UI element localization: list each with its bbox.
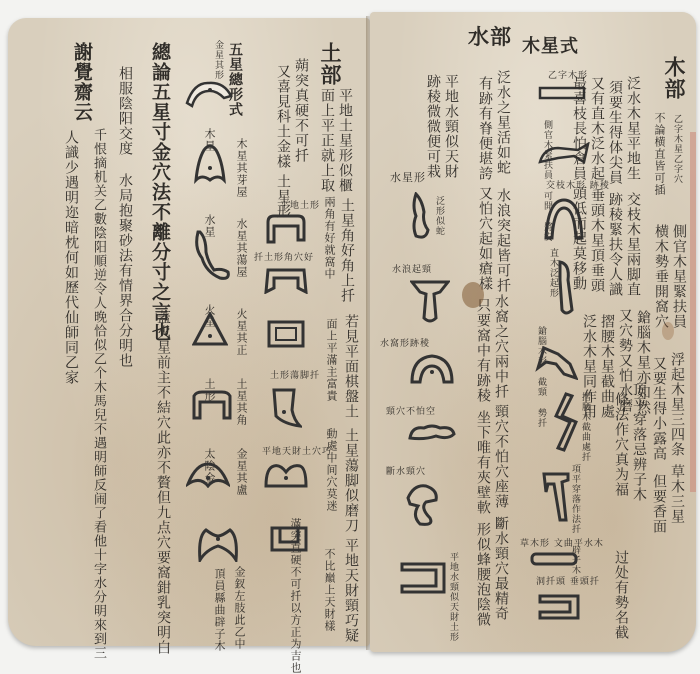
section-title-tu: 土部 <box>320 42 341 86</box>
heaven-wealth-earth-figure <box>264 462 308 488</box>
flat-board-earth-figure <box>266 318 306 348</box>
text-column: 須要生得体尖員 <box>608 80 622 185</box>
text-column: 泛水之星活如蛇 <box>496 70 510 175</box>
burn-hole <box>462 282 484 308</box>
water-star-shape-figure <box>410 192 432 240</box>
text-column: 平地天財頸巧疑 <box>344 538 358 643</box>
main-heading: 總論五星寸金穴法不離分寸之言也 <box>150 42 169 342</box>
text-column: 面上平滿主富貴 <box>326 318 337 402</box>
text-column: 草木三星 <box>670 464 684 524</box>
text-column: 又怕穴起如瘡樣 <box>478 186 492 291</box>
figure-label: 扦土形角穴好 <box>254 254 314 263</box>
figure-note: 金星其盧 <box>236 448 247 496</box>
figure-note: 水星其蕩屋 <box>236 218 247 278</box>
text-column: 交枝木星兩脚直 <box>626 192 640 297</box>
text-column: 泛水木星平地生 <box>626 76 640 181</box>
text-column: 兩角有好就窩中 <box>324 196 335 280</box>
water-wave-figure <box>410 278 450 324</box>
figure-note: 火星其正 <box>236 308 247 356</box>
text-column: 土星角好角上扦 <box>340 198 354 303</box>
text-column: 又要生得小露高 <box>652 356 666 461</box>
figure-caption: 金星其形 <box>213 40 222 80</box>
text-column: 水窩之穴兩中扦 <box>494 294 508 399</box>
metal-star-figure <box>184 78 234 108</box>
figure-label: 平地水頸似天財土形 <box>448 552 457 642</box>
text-column: 若見平面棋盤土 <box>344 314 358 419</box>
flat-top-wood-figure <box>542 472 572 522</box>
figure-label: 土形蕩脚扦 <box>270 372 320 381</box>
wood-star-title: 木星式 <box>522 38 579 56</box>
paper-damage <box>662 322 674 340</box>
text-column: 泛水木星同作用 <box>582 314 596 419</box>
figure-label: 洞扦頭 垂頭扦 <box>536 578 600 587</box>
text-column: 頸穴不怕穴座薄 <box>494 404 508 509</box>
main-text-column: 千恨摘机关乙數陰阳順逆令人晚恰似乙个木馬兒不遇明師反闹了看他十字水分明來到三 <box>92 128 105 660</box>
text-column: 蒴突真硬不可扦 <box>294 58 308 163</box>
spear-head-wood-figure <box>534 346 578 380</box>
text-column: 側官木星緊扶員 <box>672 224 686 329</box>
author-attribution: 謝覺齋云 <box>72 42 91 122</box>
square-earth-figure <box>270 526 308 552</box>
cave-dig-wood-figure <box>538 592 582 622</box>
text-column: 最喜枝長怕倉員 <box>572 76 586 181</box>
text-column: 不論横直皆可插 <box>654 112 665 196</box>
figure-label: 土星形 <box>276 174 290 219</box>
text-column: 頭低而起莫移動 <box>572 186 586 291</box>
water-nest-figure <box>410 352 454 384</box>
figure-label: 泛形似蛇 <box>434 196 443 236</box>
figure-note: 金釵左肢此乙中 <box>234 566 245 650</box>
flat-water-neck-figure <box>400 560 448 596</box>
figure-note: 木星其芽屋 <box>236 138 247 198</box>
corner-earth-figure <box>264 266 308 294</box>
text-column: 垂頭木星頂垂頭 <box>590 188 604 293</box>
swaying-foot-earth-figure <box>270 388 302 428</box>
main-text-column: 相服陰阳交度 水局抱聚砂法有情界合分明也 <box>118 66 132 368</box>
figure-note: 頂員縣曲辟子木 <box>214 568 225 652</box>
main-text-column: 人識少遇明迩暗枕何如歷代仙師同乙家 <box>64 130 78 385</box>
text-column: 動處中间穴莫迷 <box>326 428 337 512</box>
figure-label: 平地天財土穴巧 <box>262 448 332 457</box>
text-column: 不比巔上天財樣 <box>324 548 335 632</box>
fire-star-figure <box>192 312 228 346</box>
folded-waist-wood-figure <box>550 392 578 452</box>
right-page: 水部 平地水頸似天財 跡稜微微便可栽 泛水之星活如蛇 有跡有脊便堪誇 水浪突起皆… <box>370 12 696 652</box>
text-column: 又喜見科土金樣 <box>276 64 290 169</box>
figure-label: 頸穴不怕空 <box>386 408 436 417</box>
figure-label: 斷水頸穴 <box>386 468 426 477</box>
text-column: 又有直木泛水起 <box>590 76 604 181</box>
metal-hairpin-figure <box>196 526 240 562</box>
broken-water-neck-figure <box>404 482 440 528</box>
text-column: 横木勢垂開窩穴 <box>654 224 668 329</box>
text-column: 浮起木星三四条 <box>670 352 684 457</box>
text-column: 條法作穴真为福 <box>614 392 628 497</box>
text-column: 过处有勢名截 <box>614 550 628 640</box>
text-column: 跡稜微微便可栽 <box>426 74 440 179</box>
text-column: 坐下唯有夾壁軟 <box>476 410 490 515</box>
text-column: 面上平正就上取 <box>320 88 334 193</box>
text-column: 頂平穿落忌辨子木 <box>632 382 646 502</box>
page-edge-stain <box>690 132 696 492</box>
figure-label: 水浪起頸 <box>392 266 432 275</box>
wood-star-figure <box>192 142 228 184</box>
text-column: 摺腰木星截曲處 <box>600 314 614 419</box>
flat-earth-figure <box>264 214 308 244</box>
grass-wood-figure <box>530 552 578 566</box>
water-star-figure <box>192 228 232 288</box>
text-column: 斷水頸穴最精奇 <box>494 516 508 621</box>
neck-cave-figure <box>408 420 456 442</box>
text-column: 形似蜂腰泡陰微 <box>476 522 490 627</box>
figure-note: 土星其角 <box>236 378 247 426</box>
text-column: 平地土星形似櫃 <box>338 88 352 193</box>
text-column: 水浪突起皆可扦 <box>496 188 510 293</box>
figure-label: 平地土形 <box>280 202 320 211</box>
figure-label: 水星形 <box>390 172 426 183</box>
text-column: 有跡有脊便堪誇 <box>478 76 492 181</box>
section-title-mu: 木部 <box>664 56 685 100</box>
earth-star-figure <box>192 390 232 420</box>
main-text-column: 蓋火星前主不結穴此亦不贅但九点穴要窩鉗乳突明白 <box>156 310 170 655</box>
text-column: 跡稜緊扶令人識 <box>608 192 622 297</box>
text-column: 平地水頸似天財 <box>444 74 458 179</box>
left-page: 土部 平地土星形似櫃 面上平正就上取 蒴突真硬不可扦 又喜見科土金樣 土星角好角… <box>8 18 370 646</box>
taiyin-metal-figure <box>186 462 230 488</box>
figure-label: 水窩形跡稜 <box>380 340 430 349</box>
text-column: 只要窩中有跡稜 <box>476 298 490 403</box>
text-column: 但要香面 <box>652 474 666 534</box>
text-column: 乙字木星乙字穴 <box>672 114 681 184</box>
section-title-shui: 水部 <box>468 26 512 47</box>
figure-label: 草木形 文曲平水木 <box>520 540 604 549</box>
text-column: 土星蕩脚似磨刀 <box>344 428 358 533</box>
open-manuscript-book: 土部 平地土星形似櫃 面上平正就上取 蒴突真硬不可扦 又喜見科土金樣 土星角好角… <box>8 12 698 652</box>
